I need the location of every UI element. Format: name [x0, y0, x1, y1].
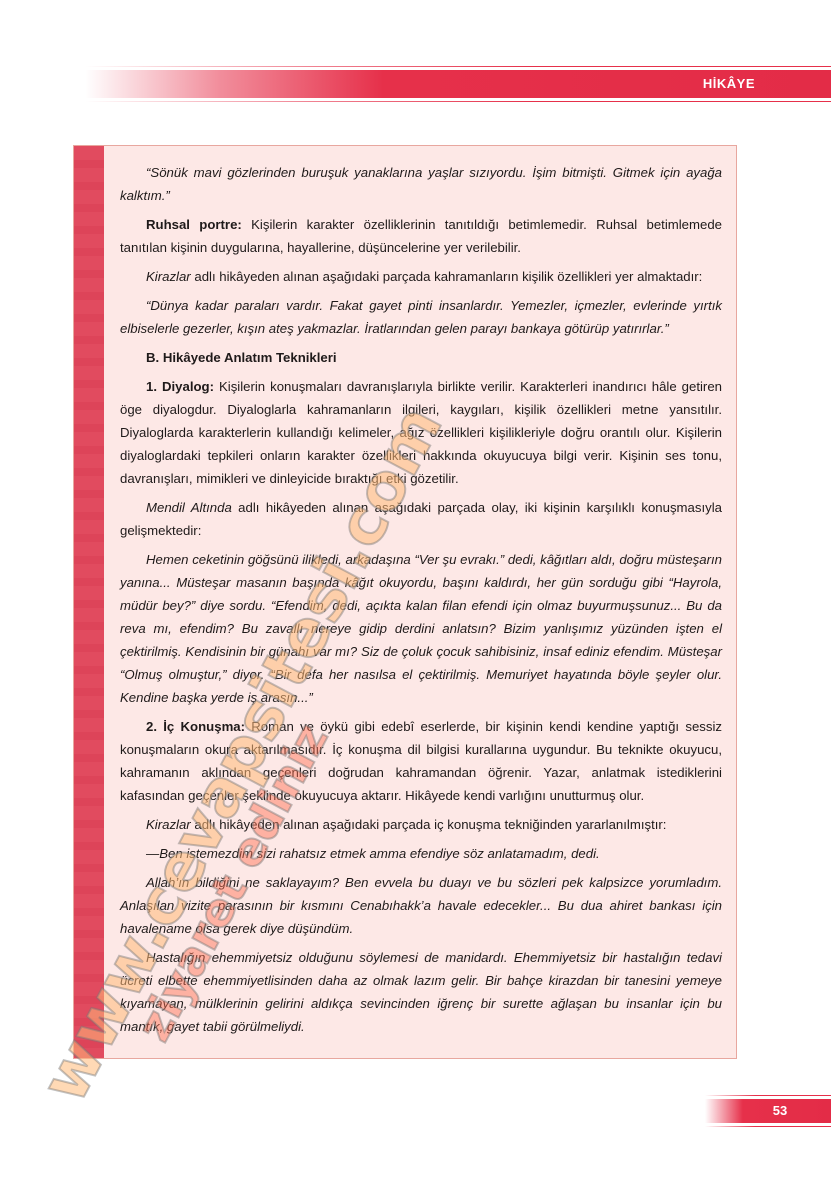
section-title: HİKÂYE [703, 70, 755, 98]
definition-diyalog: Kişilerin konuşmaları davranışlarıyla bi… [120, 379, 722, 486]
quote-dunya-kadar: “Dünya kadar paraları vardır. Fakat gaye… [120, 294, 722, 340]
intro-text: adlı hikâyeden alınan aşağıdaki parçada … [191, 817, 667, 832]
content-box: “Sönük mavi gözlerinden buruşuk yanaklar… [73, 145, 737, 1059]
term-ic-konusma: 2. İç Konuşma: [146, 719, 245, 734]
paragraph-ruhsal-portre: Ruhsal portre: Kişilerin karakter özelli… [120, 213, 722, 259]
paragraph-ic-konusma: 2. İç Konuşma: Roman ve öykü gibi edebî … [120, 715, 722, 807]
paragraph-mendil-intro: Mendil Altında adlı hikâyeden alınan aşa… [120, 496, 722, 542]
work-title-kirazlar: Kirazlar [146, 817, 191, 832]
quote-hastaligin: Hastalığın ehemmiyetsiz olduğunu söyleme… [120, 946, 722, 1038]
quote-allahin-bildigini: Allah’ın bildiğini ne saklayayım? Ben ev… [120, 871, 722, 940]
work-title-kirazlar: Kirazlar [146, 269, 191, 284]
work-title-mendil-altinda: Mendil Altında [146, 500, 232, 515]
term-ruhsal-portre: Ruhsal portre: [146, 217, 242, 232]
footer-band: 53 [705, 1099, 831, 1123]
side-strip-decoration [74, 146, 104, 1058]
page-number: 53 [705, 1099, 831, 1123]
text-area: “Sönük mavi gözlerinden buruşuk yanaklar… [120, 161, 722, 1044]
header-band: HİKÂYE [85, 70, 831, 98]
paragraph-kirazlar-intro-2: Kirazlar adlı hikâyeden alınan aşağıdaki… [120, 813, 722, 836]
paragraph-kirazlar-intro-1: Kirazlar adlı hikâyeden alınan aşağıdaki… [120, 265, 722, 288]
section-b-heading: B. Hikâyede Anlatım Teknikleri [120, 346, 722, 369]
intro-text: adlı hikâyeden alınan aşağıdaki parçada … [191, 269, 703, 284]
quote-ben-istemezdim: —Ben istemezdim sizi rahatsız etmek amma… [120, 842, 722, 865]
paragraph-diyalog: 1. Diyalog: Kişilerin konuşmaları davran… [120, 375, 722, 490]
term-diyalog: 1. Diyalog: [146, 379, 214, 394]
quote-hemen-ceketinin: Hemen ceketinin göğsünü ilikledi, arkada… [120, 548, 722, 709]
quote-sonuk-mavi: “Sönük mavi gözlerinden buruşuk yanaklar… [120, 161, 722, 207]
